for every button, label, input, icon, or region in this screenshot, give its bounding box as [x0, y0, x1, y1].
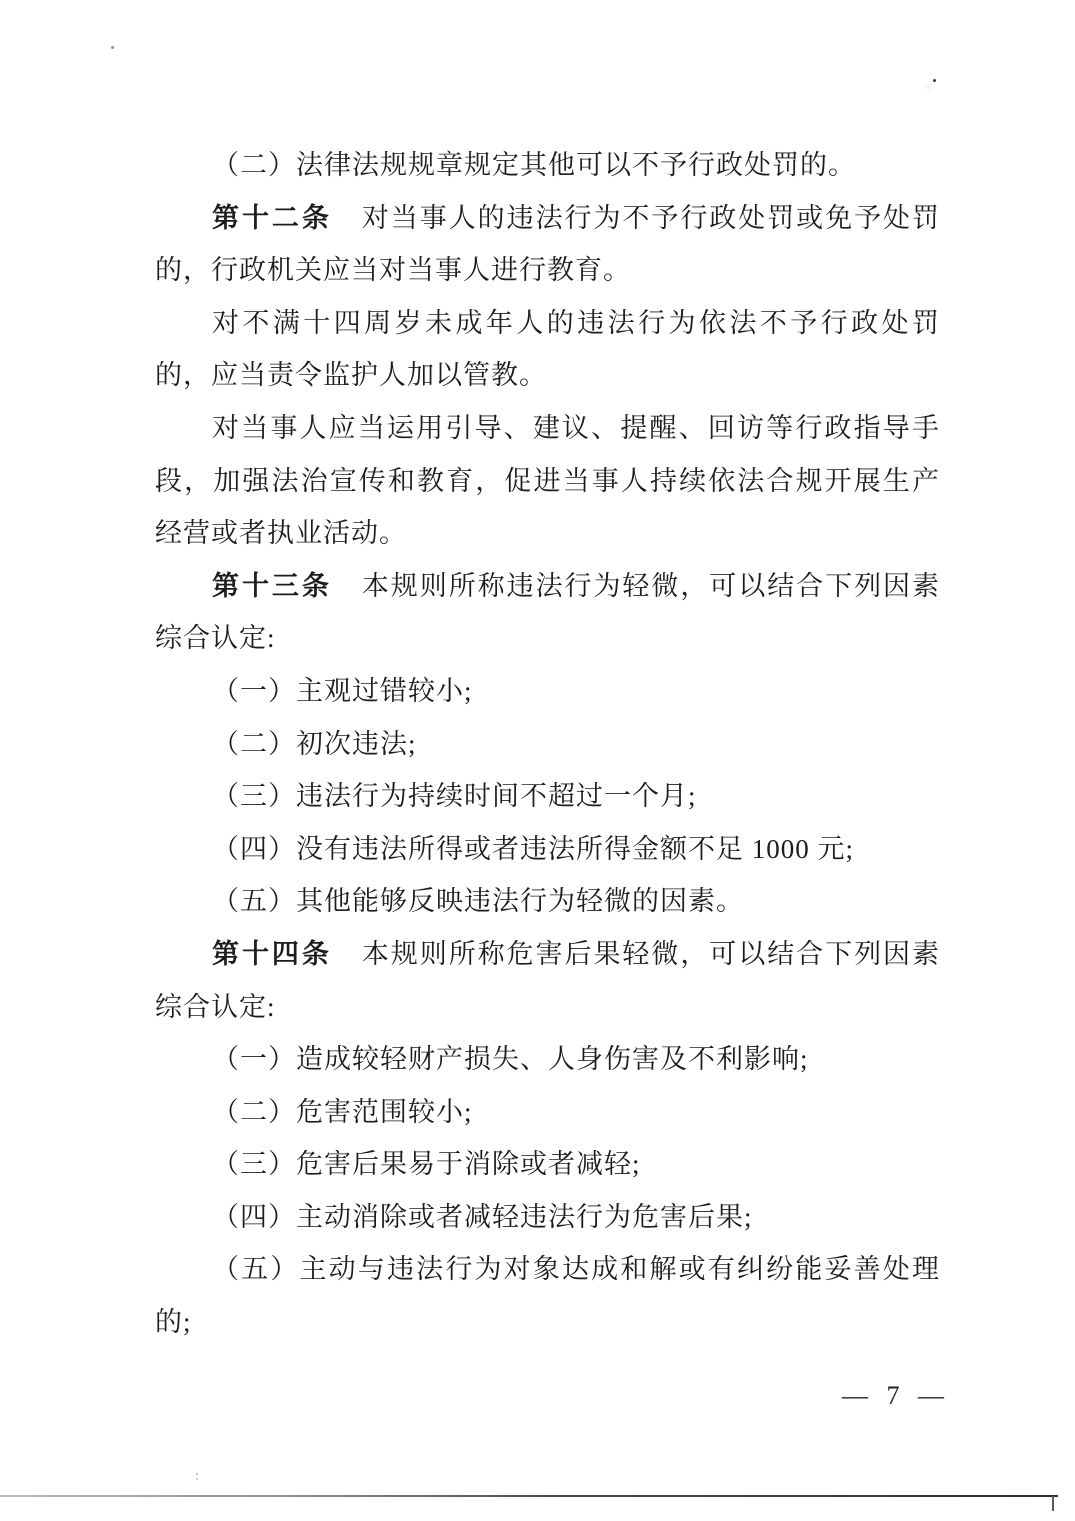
- line-text: 段，加强法治宣传和教育，促进当事人持续依法合规开展生产: [155, 466, 940, 496]
- line-text: 对当事人应当运用引导、建议、提醒、回访等行政指导手: [212, 413, 940, 443]
- list-item: （一）主观过错较小;: [155, 665, 940, 718]
- article-number: 第十三条: [212, 571, 332, 601]
- text-line: 的，行政机关应当对当事人进行教育。: [155, 244, 940, 297]
- line-text: （四）主动消除或者减轻违法行为危害后果;: [212, 1202, 753, 1232]
- scan-speck: [111, 46, 114, 49]
- text-line: 的，应当责令监护人加以管教。: [155, 349, 940, 402]
- list-item: （二）初次违法;: [155, 718, 940, 771]
- list-item: （一）造成较轻财产损失、人身伤害及不利影响;: [155, 1033, 940, 1086]
- line-text: 的，应当责令监护人加以管教。: [155, 360, 547, 390]
- text-line: 经营或者执业活动。: [155, 507, 940, 560]
- line-text: 综合认定:: [155, 623, 276, 653]
- text-line: 综合认定:: [155, 981, 940, 1034]
- text-line: 综合认定:: [155, 612, 940, 665]
- line-text: 经营或者执业活动。: [155, 518, 407, 548]
- line-text: （三）违法行为持续时间不超过一个月;: [212, 781, 697, 811]
- line-text: （一）主观过错较小;: [212, 676, 473, 706]
- article-heading-line: 第十四条本规则所称危害后果轻微，可以结合下列因素: [155, 928, 940, 981]
- article-number: 第十四条: [212, 939, 332, 969]
- line-text: 的;: [155, 1307, 192, 1337]
- scan-edge-tick: [1052, 1496, 1054, 1511]
- line-text: 本规则所称违法行为轻微，可以结合下列因素: [362, 571, 940, 601]
- line-text: （四）没有违法所得或者违法所得金额不足 1000 元;: [212, 834, 854, 864]
- article-heading-line: 第十二条对当事人的违法行为不予行政处罚或免予处罚: [155, 192, 940, 245]
- document-page: { "colors": { "background": "#ffffff", "…: [0, 0, 1075, 1521]
- line-text: （二）法律法规规章规定其他可以不予行政处罚的。: [212, 150, 856, 180]
- line-text: 综合认定:: [155, 992, 276, 1022]
- article-number: 第十二条: [212, 203, 332, 233]
- scan-speck: [196, 1473, 198, 1475]
- scan-edge-line: [0, 1495, 1058, 1497]
- line-text: （五）主动与违法行为对象达成和解或有纠纷能妥善处理: [212, 1254, 940, 1284]
- text-line: （二）法律法规规章规定其他可以不予行政处罚的。: [155, 139, 940, 192]
- list-item: （二）危害范围较小;: [155, 1086, 940, 1139]
- line-text: （五）其他能够反映违法行为轻微的因素。: [212, 886, 744, 916]
- text-line: 段，加强法治宣传和教育，促进当事人持续依法合规开展生产: [155, 455, 940, 508]
- page: （二）法律法规规章规定其他可以不予行政处罚的。 第十二条对当事人的违法行为不予行…: [0, 0, 1075, 1521]
- line-text: 本规则所称危害后果轻微，可以结合下列因素: [362, 939, 940, 969]
- line-text: （一）造成较轻财产损失、人身伤害及不利影响;: [212, 1044, 809, 1074]
- text-line: 对不满十四周岁未成年人的违法行为依法不予行政处罚: [155, 297, 940, 350]
- line-text: 对不满十四周岁未成年人的违法行为依法不予行政处罚: [212, 308, 940, 338]
- line-text: 的，行政机关应当对当事人进行教育。: [155, 255, 631, 285]
- list-item: （四）没有违法所得或者违法所得金额不足 1000 元;: [155, 823, 940, 876]
- list-item: （三）违法行为持续时间不超过一个月;: [155, 770, 940, 823]
- text-line: 的;: [155, 1296, 940, 1349]
- line-text: 对当事人的违法行为不予行政处罚或免予处罚: [362, 203, 940, 233]
- article-heading-line: 第十三条本规则所称违法行为轻微，可以结合下列因素: [155, 560, 940, 613]
- line-text: （三）危害后果易于消除或者减轻;: [212, 1149, 641, 1179]
- scan-speck: [933, 79, 936, 82]
- text-line: 对当事人应当运用引导、建议、提醒、回访等行政指导手: [155, 402, 940, 455]
- line-text: （二）初次违法;: [212, 729, 417, 759]
- page-number: — 7 —: [828, 1378, 964, 1414]
- line-text: （二）危害范围较小;: [212, 1097, 473, 1127]
- document-body: （二）法律法规规章规定其他可以不予行政处罚的。 第十二条对当事人的违法行为不予行…: [155, 139, 940, 1349]
- list-item: （五）主动与违法行为对象达成和解或有纠纷能妥善处理: [155, 1243, 940, 1296]
- list-item: （四）主动消除或者减轻违法行为危害后果;: [155, 1191, 940, 1244]
- list-item: （三）危害后果易于消除或者减轻;: [155, 1138, 940, 1191]
- list-item: （五）其他能够反映违法行为轻微的因素。: [155, 875, 940, 928]
